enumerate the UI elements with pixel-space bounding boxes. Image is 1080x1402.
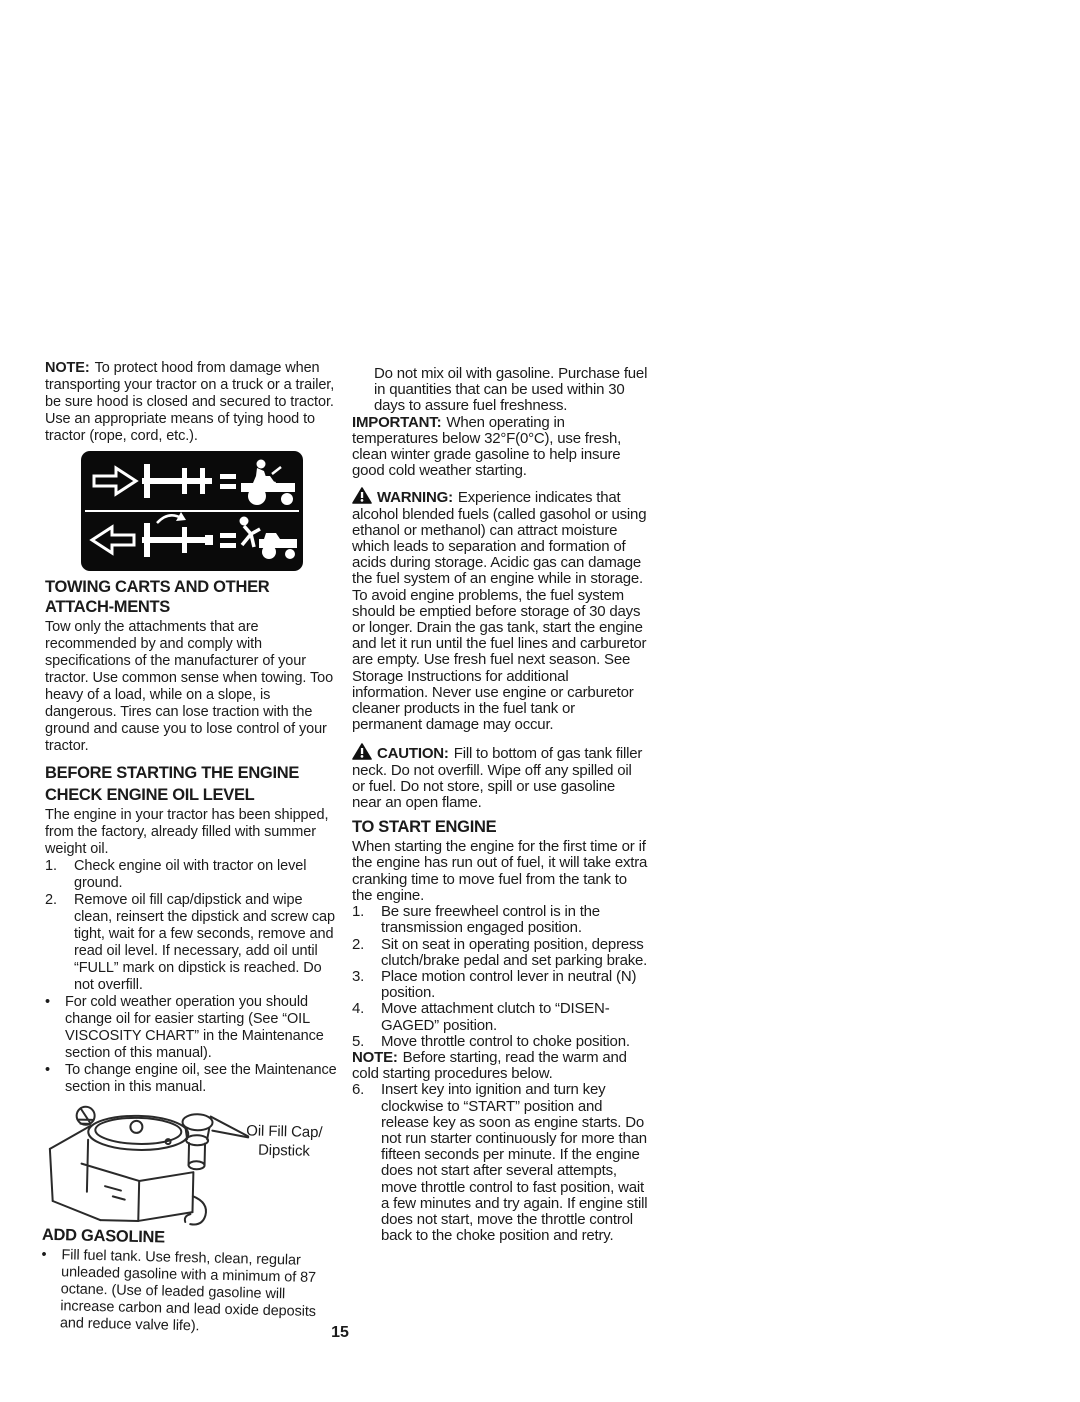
list-item-text: Sit on seat in operating position, depre… (381, 937, 648, 969)
bullet-marker: • (40, 1247, 62, 1332)
warning-paragraph: WARNING:Experience indicates that alcoho… (352, 487, 648, 733)
engine-illustration (42, 1099, 341, 1230)
warning-text: Experience indicates that alcohol blende… (352, 489, 646, 733)
towing-heading: TOWING CARTS AND OTHER ATTACH-MENTS (45, 577, 339, 617)
list-item: 1. Check engine oil with tractor on leve… (45, 858, 339, 892)
fuel-freshness-paragraph: Do not mix oil with gasoline. Purchase f… (352, 366, 648, 415)
note-label: NOTE: (45, 360, 95, 376)
list-item: • For cold weather operation you should … (45, 994, 339, 1062)
to-start-engine-heading: TO START ENGINE (352, 817, 648, 837)
towing-pictogram-figure (81, 451, 303, 571)
list-item-text: Move throttle control to choke position. (381, 1034, 648, 1050)
drawbar-2-icon (142, 523, 213, 557)
warning-label: WARNING: (377, 489, 458, 506)
person-pushing-tractor-icon (240, 517, 298, 560)
towing-body: Tow only the attachments that are recomm… (45, 619, 339, 755)
important-paragraph: IMPORTANT:When operating in temperatures… (352, 415, 648, 480)
list-item-number: 3. (352, 969, 381, 1001)
list-item: 1. Be sure freewheel control is in the t… (352, 904, 648, 936)
oil-fill-label-line2: Dipstick (230, 1140, 338, 1161)
list-item: 5. Move throttle control to choke positi… (352, 1034, 648, 1050)
list-item-number: 1. (352, 904, 381, 936)
list-item-number: 1. (45, 858, 74, 892)
towing-pictogram-icon (81, 451, 303, 571)
start-note-paragraph: NOTE:Before starting, read the warm and … (352, 1050, 648, 1082)
list-item: 6. Insert key into ignition and turn key… (352, 1082, 648, 1244)
list-item: 4. Move attachment clutch to “DISEN-GAGE… (352, 1001, 648, 1033)
list-item: • Fill fuel tank. Use fresh, clean, regu… (40, 1247, 336, 1339)
list-item-number: 2. (45, 892, 74, 994)
note-paragraph: NOTE:To protect hood from damage when tr… (45, 360, 339, 445)
list-item-text: Be sure freewheel control is in the tran… (381, 904, 648, 936)
equals-icon (220, 474, 236, 489)
bullet-marker: • (45, 994, 65, 1062)
bullet-marker: • (45, 1062, 65, 1096)
list-item: • To change engine oil, see the Maintena… (45, 1062, 339, 1096)
list-item-text: Place motion control lever in neutral (N… (381, 969, 648, 1001)
arrow-right-icon (94, 468, 136, 494)
to-start-intro: When starting the engine for the first t… (352, 839, 648, 904)
list-item: 2. Sit on seat in operating position, de… (352, 937, 648, 969)
list-item-text: Check engine oil with tractor on level g… (74, 858, 339, 892)
oil-fill-label: Oil Fill Cap/ Dipstick (230, 1121, 339, 1161)
list-item: 3. Place motion control lever in neutral… (352, 969, 648, 1001)
list-item-number: 5. (352, 1034, 381, 1050)
warning-triangle-icon (352, 487, 372, 504)
caution-label: CAUTION: (377, 745, 454, 762)
list-item-text: Move attachment clutch to “DISEN-GAGED” … (381, 1001, 648, 1033)
list-item-text: Remove oil fill cap/dipstick and wipe cl… (74, 892, 339, 994)
list-item-number: 2. (352, 937, 381, 969)
list-item-text: To change engine oil, see the Maintenanc… (65, 1062, 339, 1096)
important-label: IMPORTANT: (352, 414, 446, 431)
page-number: 15 (300, 1324, 380, 1342)
list-item-text: For cold weather operation you should ch… (65, 994, 339, 1062)
before-starting-heading: BEFORE STARTING THE ENGINE (45, 763, 339, 783)
manual-page: NOTE:To protect hood from damage when tr… (0, 0, 1080, 1402)
left-column: NOTE:To protect hood from damage when tr… (45, 360, 339, 1333)
right-column: Do not mix oil with gasoline. Purchase f… (352, 366, 648, 1244)
engine-oil-fill-figure: Oil Fill Cap/ Dipstick (42, 1099, 339, 1230)
rotate-arrow-icon (157, 512, 186, 523)
caution-paragraph: CAUTION:Fill to bottom of gas tank fille… (352, 743, 648, 811)
tractor-rider-icon (241, 460, 295, 506)
list-item-text: Insert key into ignition and turn key cl… (381, 1082, 648, 1244)
check-oil-intro: The engine in your tractor has been ship… (45, 807, 339, 858)
oil-fill-label-line1: Oil Fill Cap/ (230, 1121, 338, 1142)
start-note-label: NOTE: (352, 1049, 403, 1066)
drawbar-icon (142, 464, 212, 498)
list-item-text: Fill fuel tank. Use fresh, clean, regula… (60, 1247, 336, 1338)
list-item: 2. Remove oil fill cap/dipstick and wipe… (45, 892, 339, 994)
check-oil-heading: CHECK ENGINE OIL LEVEL (45, 785, 339, 805)
arrow-left-icon (92, 527, 134, 553)
list-item-number: 6. (352, 1082, 381, 1244)
caution-triangle-icon (352, 743, 372, 760)
list-item-number: 4. (352, 1001, 381, 1033)
equals-2-icon (220, 533, 236, 548)
